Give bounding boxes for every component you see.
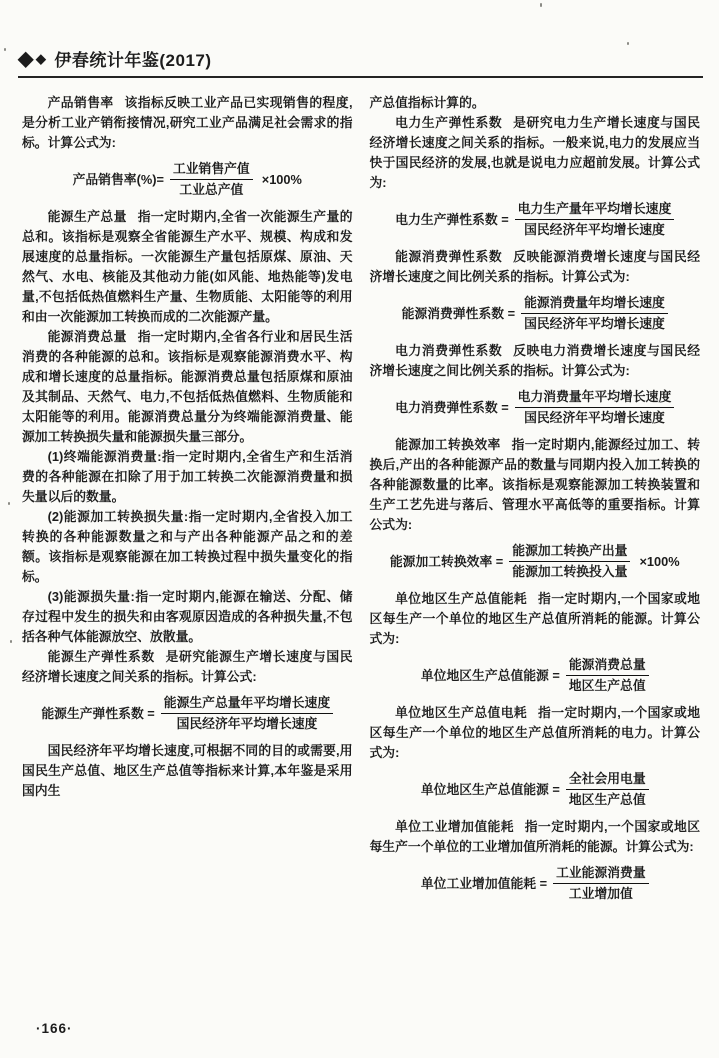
two-column-body: 产品销售率该指标反映工业产品已实现销售的程度,是分析工业产销衔接情况,研究工业产…: [22, 93, 700, 911]
fraction-numerator: 能源生产总量年平均增长速度: [161, 694, 333, 714]
formula-lhs: 单位地区生产总值能源 =: [421, 667, 560, 685]
formula-energy-per-industrial-value: 单位工业增加值能耗 = 工业能源消费量工业增加值: [370, 864, 701, 903]
formula-electricity-per-gdp: 单位地区生产总值能源 = 全社会用电量地区生产总值: [370, 770, 701, 809]
fraction-numerator: 电力消费量年平均增长速度: [515, 388, 675, 408]
formula-energy-per-gdp: 单位地区生产总值能源 = 能源消费总量地区生产总值: [370, 656, 701, 695]
page-number: ·166·: [36, 1021, 73, 1036]
term-label: 电力生产弹性系数: [395, 115, 502, 130]
fraction-denominator: 工业总产值: [176, 180, 246, 199]
fraction: 电力消费量年平均增长速度国民经济年平均增长速度: [515, 388, 675, 427]
term-label: 单位地区生产总值能耗: [395, 591, 527, 606]
term-label: 单位工业增加值能耗: [395, 819, 514, 834]
left-column: 产品销售率该指标反映工业产品已实现销售的程度,是分析工业产销衔接情况,研究工业产…: [22, 93, 353, 911]
formula-product-sales-rate: 产品销售率(%)= 工业销售产值工业总产值 ×100%: [22, 160, 353, 199]
paragraph-text: (3)能源损失量:指一定时期内,能源在输送、分配、储存过程中发生的损失和由客观原…: [22, 589, 353, 644]
paragraph-text: 指一定时期内,全省各行业和居民生活消费的各种能源的总和。该指标是观察能源消费水平…: [22, 329, 353, 444]
fraction: 全社会用电量地区生产总值: [566, 770, 649, 809]
fraction-denominator: 工业增加值: [566, 884, 636, 903]
formula-lhs: 电力生产弹性系数 =: [395, 211, 508, 229]
paragraph-terminal-energy: (1)终端能源消费量:指一定时期内,全省生产和生活消费的各种能源在扣除了用于加工…: [22, 447, 353, 507]
fraction-numerator: 工业能源消费量: [553, 864, 649, 884]
formula-power-production-elasticity: 电力生产弹性系数 = 电力生产量年平均增长速度国民经济年平均增长速度: [370, 200, 701, 239]
fraction-denominator: 国民经济年平均增长速度: [174, 714, 321, 733]
scan-speck: [10, 640, 12, 643]
fraction-numerator: 能源加工转换产出量: [509, 542, 630, 562]
fraction-numerator: 能源消费量年均增长速度: [521, 294, 668, 314]
paragraph-energy-consumption-total: 能源消费总量指一定时期内,全省各行业和居民生活消费的各种能源的总和。该指标是观察…: [22, 327, 353, 447]
fraction: 能源加工转换产出量能源加工转换投入量: [509, 542, 630, 581]
paragraph-conversion-loss: (2)能源加工转换损失量:指一定时期内,全省投入加工转换的各种能源数量之和与产出…: [22, 507, 353, 587]
fraction: 电力生产量年平均增长速度国民经济年平均增长速度: [515, 200, 675, 239]
paragraph-energy-consumption-elasticity: 能源消费弹性系数反映能源消费增长速度与国民经济增长速度之间比例关系的指标。计算公…: [370, 247, 701, 287]
paragraph-product-sales-rate: 产品销售率该指标反映工业产品已实现销售的程度,是分析工业产销衔接情况,研究工业产…: [22, 93, 353, 153]
fraction: 能源消费总量地区生产总值: [566, 656, 649, 695]
formula-lhs: 单位地区生产总值能源 =: [421, 781, 560, 799]
term-label: 能源消费总量: [48, 329, 127, 344]
term-label: 单位地区生产总值电耗: [395, 705, 527, 720]
fraction-denominator: 国民经济年平均增长速度: [521, 314, 668, 333]
paragraph-text: 指一定时期内,全省一次能源生产量的总和。该指标是观察全省能源生产水平、规模、构成…: [22, 209, 353, 324]
paragraph-text: 国民经济年平均增长速度,可根据不同的目的或需要,用国民生产总值、地区生产总值等指…: [22, 743, 353, 798]
formula-suffix: ×100%: [639, 553, 679, 571]
term-label: 能源消费弹性系数: [395, 249, 502, 264]
scan-speck: [540, 3, 542, 7]
fraction-denominator: 国民经济年平均增长速度: [521, 408, 668, 427]
term-label: 能源生产弹性系数: [48, 649, 155, 664]
paragraph-energy-production-total: 能源生产总量指一定时期内,全省一次能源生产量的总和。该指标是观察全省能源生产水平…: [22, 207, 353, 327]
term-label: 产品销售率: [48, 95, 114, 110]
paragraph-continuation: 产总值指标计算的。: [370, 93, 701, 113]
fraction-numerator: 能源消费总量: [566, 656, 649, 676]
fraction-numerator: 电力生产量年平均增长速度: [515, 200, 675, 220]
paragraph-energy-loss: (3)能源损失量:指一定时期内,能源在输送、分配、储存过程中发生的损失和由客观原…: [22, 587, 353, 647]
paragraph-power-production-elasticity: 电力生产弹性系数是研究电力生产增长速度与国民经济增长速度之间关系的指标。一般来说…: [370, 113, 701, 193]
fraction-denominator: 能源加工转换投入量: [509, 562, 630, 581]
scan-speck: [627, 42, 629, 45]
paragraph-gdp-growth-note: 国民经济年平均增长速度,可根据不同的目的或需要,用国民生产总值、地区生产总值等指…: [22, 741, 353, 801]
formula-energy-production-elasticity: 能源生产弹性系数 = 能源生产总量年平均增长速度国民经济年平均增长速度: [22, 694, 353, 733]
fraction: 能源生产总量年平均增长速度国民经济年平均增长速度: [161, 694, 333, 733]
formula-lhs: 单位工业增加值能耗 =: [421, 875, 547, 893]
page-header: ◆ ◆ 伊春统计年鉴(2017): [18, 46, 703, 78]
paragraph-power-consumption-elasticity: 电力消费弹性系数反映电力消费增长速度与国民经济增长速度之间比例关系的指标。计算公…: [370, 341, 701, 381]
paragraph-text: (1)终端能源消费量:指一定时期内,全省生产和生活消费的各种能源在扣除了用于加工…: [22, 449, 353, 504]
formula-lhs: 能源生产弹性系数 =: [41, 705, 154, 723]
term-label: 能源加工转换效率: [395, 437, 501, 452]
paragraph-energy-production-elasticity: 能源生产弹性系数是研究能源生产增长速度与国民经济增长速度之间关系的指标。计算公式…: [22, 647, 353, 687]
fraction: 工业销售产值工业总产值: [170, 160, 253, 199]
paragraph-text: (2)能源加工转换损失量:指一定时期内,全省投入加工转换的各种能源数量之和与产出…: [22, 509, 353, 584]
right-column: 产总值指标计算的。 电力生产弹性系数是研究电力生产增长速度与国民经济增长速度之间…: [370, 93, 701, 911]
paragraph-electricity-per-gdp: 单位地区生产总值电耗指一定时期内,一个国家或地区每生产一个单位的地区生产总值所消…: [370, 703, 701, 763]
fraction: 工业能源消费量工业增加值: [553, 864, 649, 903]
paragraph-energy-per-industrial-value: 单位工业增加值能耗指一定时期内,一个国家或地区每生产一个单位的工业增加值所消耗的…: [370, 817, 701, 857]
formula-lhs: 能源消费弹性系数 =: [402, 305, 515, 323]
formula-conversion-efficiency: 能源加工转换效率 = 能源加工转换产出量能源加工转换投入量 ×100%: [370, 542, 701, 581]
paragraph-text: 产总值指标计算的。: [370, 95, 485, 110]
fraction-denominator: 国民经济年平均增长速度: [521, 220, 668, 239]
fraction-denominator: 地区生产总值: [566, 790, 649, 809]
term-label: 能源生产总量: [48, 209, 127, 224]
fraction-denominator: 地区生产总值: [566, 676, 649, 695]
formula-lhs: 产品销售率(%)=: [73, 171, 164, 189]
paragraph-conversion-efficiency: 能源加工转换效率指一定时期内,能源经过加工、转换后,产出的各种能源产品的数量与同…: [370, 435, 701, 535]
yearbook-title: 伊春统计年鉴(2017): [54, 46, 211, 71]
fraction-numerator: 全社会用电量: [566, 770, 649, 790]
fraction-numerator: 工业销售产值: [170, 160, 253, 180]
formula-suffix: ×100%: [262, 171, 302, 189]
term-label: 电力消费弹性系数: [395, 343, 502, 358]
formula-power-consumption-elasticity: 电力消费弹性系数 = 电力消费量年平均增长速度国民经济年平均增长速度: [370, 388, 701, 427]
formula-lhs: 能源加工转换效率 =: [390, 553, 503, 571]
diamond-icon: ◆: [18, 49, 34, 69]
paragraph-energy-per-gdp: 单位地区生产总值能耗指一定时期内,一个国家或地区每生产一个单位的地区生产总值所消…: [370, 589, 701, 649]
diamond-small-icon: ◆: [36, 52, 47, 65]
scan-speck: [8, 502, 10, 505]
formula-lhs: 电力消费弹性系数 =: [395, 399, 508, 417]
fraction: 能源消费量年均增长速度国民经济年平均增长速度: [521, 294, 668, 333]
scan-speck: [4, 48, 6, 51]
formula-energy-consumption-elasticity: 能源消费弹性系数 = 能源消费量年均增长速度国民经济年平均增长速度: [370, 294, 701, 333]
